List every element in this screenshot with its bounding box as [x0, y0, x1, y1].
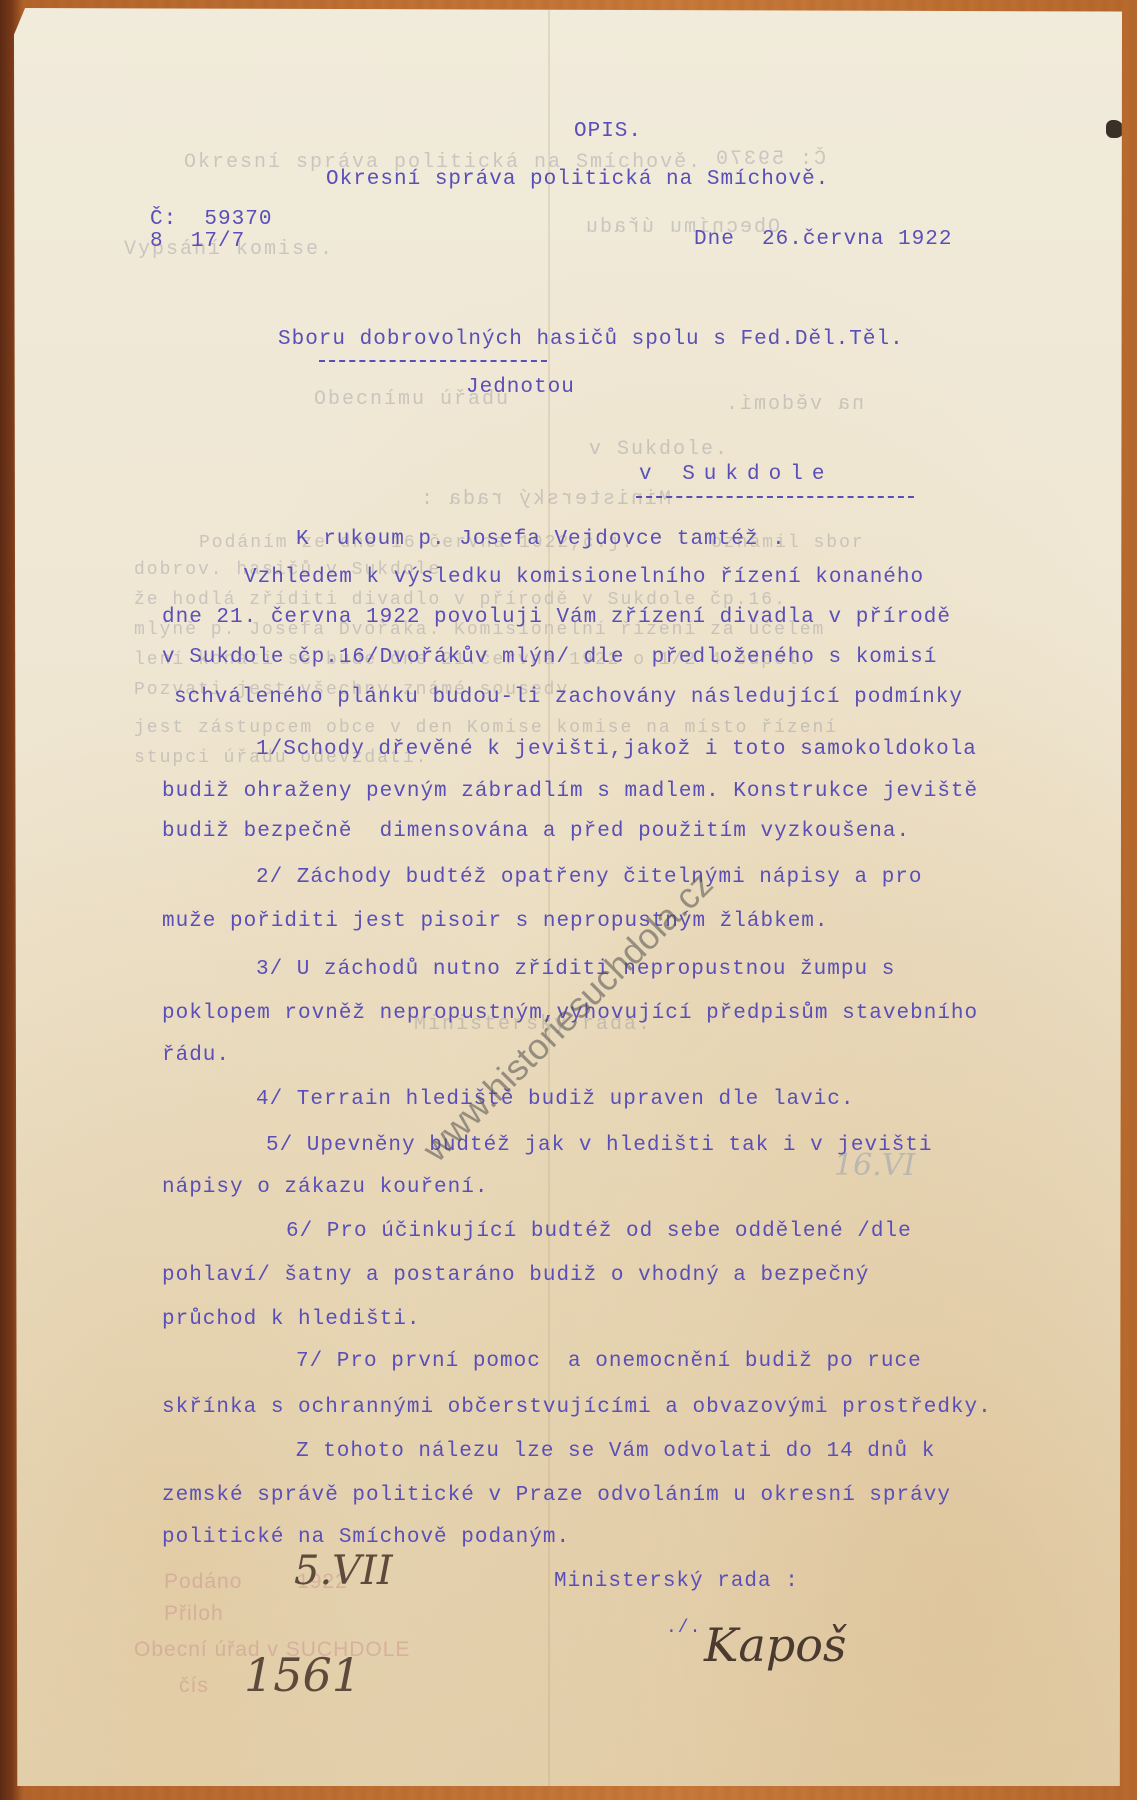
signature-copy-mark: ./. [666, 1618, 701, 1638]
document-heading: OPIS. [574, 120, 642, 143]
condition-4-line-1: 4/ Terrain hlediště budiž upraven dle la… [256, 1088, 855, 1111]
ghost-text-place: v Sukdole. [589, 438, 729, 461]
document-date: Dne 26.června 1922 [694, 228, 952, 251]
body-line-1: Vzhledem k výsledku komisionelního řízen… [244, 566, 924, 589]
condition-2-line-1: 2/ Záchody budtéž opatřeny čitelnými náp… [256, 866, 923, 889]
document-paper: Okresní správa politická na Smíchově. Vy… [14, 8, 1122, 1786]
handwritten-date: 5.VII [294, 1548, 393, 1594]
appeal-line-2: zemské správě politické v Praze odvolání… [162, 1484, 951, 1507]
reference-number: Č: 59370 [150, 208, 272, 231]
condition-6-line-1: 6/ Pro účinkující budtéž od sebe oddělen… [286, 1220, 912, 1243]
recipient-place: v Sukdole [639, 463, 833, 486]
condition-7-line-2: skřínka s ochrannými občerstvujícími a o… [162, 1396, 992, 1419]
attention-line: K rukoum p. Josefa Vejdovce tamtéž . [296, 528, 786, 551]
condition-6-line-2: pohlaví/ šatny a postaráno budiž o vhodn… [162, 1264, 869, 1287]
ink-blot-mark [1106, 120, 1124, 138]
signature-title: Ministerský rada : [554, 1570, 799, 1593]
condition-7-line-1: 7/ Pro první pomoc a onemocnění budiž po… [296, 1350, 922, 1373]
handwritten-signature: Kapoš [704, 1618, 847, 1672]
condition-1-line-3: budiž bezpečně dimensována a před použit… [162, 820, 910, 843]
ghost-mirror-vedomi: na vědomí. [724, 393, 864, 416]
body-line-4: schváleného plánku budou-li zachovány ná… [174, 686, 963, 709]
ghost-text-body-7: jest zástupcem obce v den Komise komise … [134, 718, 838, 738]
body-line-3: v Sukdole čp.16/Dvořákův mlýn/ dle předl… [162, 646, 937, 669]
recipient-underline [319, 360, 547, 362]
condition-2-line-2: muže pořiditi jest pisoir s nepropustným… [162, 910, 829, 933]
paper-fold-line [548, 8, 550, 1786]
condition-5-line-2: nápisy o zákazu kouření. [162, 1176, 488, 1199]
appeal-line-3: politické na Smíchově podaným. [162, 1526, 570, 1549]
condition-1-line-2: budiž ohraženy pevným zábradlím s madlem… [162, 780, 978, 803]
reference-sub: 8 17/7 [150, 230, 245, 253]
ghost-mirror-title: Ministerský rada : [419, 488, 671, 511]
condition-6-line-3: průchod k hledišti. [162, 1308, 420, 1331]
condition-5-line-1: 5/ Upevněny budtéž jak v hledišti tak i … [266, 1134, 933, 1157]
condition-3-line-3: řádu. [162, 1044, 230, 1067]
stamp-number-line: čís [179, 1674, 209, 1698]
condition-1-line-1: 1/Schody dřevěné k jevišti,jakož i toto … [256, 738, 977, 761]
recipient-line-2: Jednotou [466, 376, 575, 399]
body-line-2: dne 21. června 1922 povoluji Vám zřízení… [162, 606, 951, 629]
appeal-line-1: Z tohoto nálezu lze se Vám odvolati do 1… [296, 1440, 935, 1463]
pencil-date-note: 16.VI [834, 1148, 915, 1183]
authority-name: Okresní správa politická na Smíchově. [326, 168, 829, 191]
handwritten-number: 1561 [244, 1648, 361, 1702]
stamp-attachments-line: Přiloh [164, 1602, 224, 1626]
recipient-line-1: Sboru dobrovolných hasičů spolu s Fed.Dě… [278, 328, 904, 351]
place-underline [636, 496, 914, 498]
